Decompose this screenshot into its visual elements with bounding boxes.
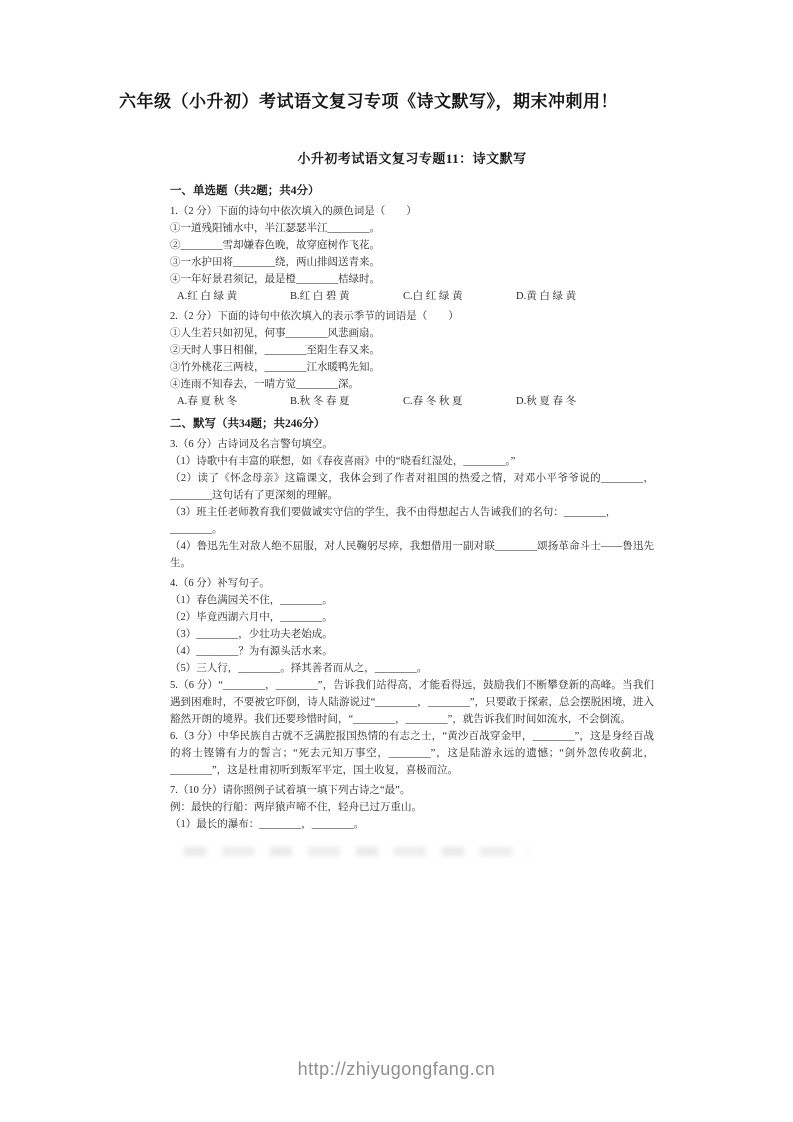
doc-line: ③一水护田将________绕，两山排闼送青来。	[170, 254, 654, 271]
scan-fade-artifact	[184, 847, 529, 856]
options-row: A.红 白 绿 黄B.红 白 碧 黄C.白 红 绿 黄D.黄 白 绿 黄	[170, 288, 654, 305]
question-stem: 2.（2 分）下面的诗句中依次填入的表示季节的词语是（ ）	[170, 308, 654, 325]
doc-line: （1）最长的瀑布：________，________。	[170, 816, 654, 833]
option-item: C.春 冬 秋 夏	[403, 393, 516, 410]
doc-line: （3）________，少壮功夫老始成。	[170, 626, 654, 643]
doc-line: ③竹外桃花三两枝，________江水暖鸭先知。	[170, 359, 654, 376]
page: 六年级（小升初）考试语文复习专项《诗文默写》，期末冲刺用！ 小升初考试语文复习专…	[0, 0, 793, 1122]
document-body: 一、单选题（共2题；共4分）1.（2 分）下面的诗句中依次填入的颜色词是（ ）①…	[170, 183, 654, 833]
doc-line: 6.（3 分）中华民族自古就不乏满腔报国热情的有志之士，“黄沙百战穿金甲，___…	[170, 728, 654, 779]
question-stem: 3.（6 分）古诗词及名言警句填空。	[170, 436, 654, 453]
options-row: A.春 夏 秋 冬B.秋 冬 春 夏C.春 冬 秋 夏D.秋 夏 春 冬	[170, 393, 654, 410]
doc-line: ④一年好景君须记，最是橙________桔绿时。	[170, 271, 654, 288]
doc-line: 例：最快的行船：两岸猿声啼不住，轻舟已过万重山。	[170, 799, 654, 816]
doc-line: ④连雨不知春去，一晴方觉________深。	[170, 376, 654, 393]
document-scan: 小升初考试语文复习专题11：诗文默写 一、单选题（共2题；共4分）1.（2 分）…	[170, 150, 654, 856]
option-item: B.秋 冬 春 夏	[290, 393, 403, 410]
doc-line: （5）三人行，________。择其善者而从之，________。	[170, 660, 654, 677]
option-item: C.白 红 绿 黄	[403, 288, 516, 305]
question-stem: 4.（6 分）补写句子。	[170, 575, 654, 592]
doc-line: （2）读了《怀念母亲》这篇课文，我体会到了作者对祖国的热爱之情，对邓小平爷爷说的…	[170, 470, 654, 504]
option-item: D.黄 白 绿 黄	[516, 288, 576, 305]
section-heading: 一、单选题（共2题；共4分）	[170, 183, 654, 200]
question-stem: 7.（10 分）请你照例子试着填一填下列古诗之“最”。	[170, 782, 654, 799]
doc-line: ①人生若只如初见，何事________风悲画扇。	[170, 325, 654, 342]
section-heading: 二、默写（共34题；共246分）	[170, 416, 654, 433]
footer-url: http://zhiyugongfang.cn	[0, 1059, 793, 1080]
option-item: B.红 白 碧 黄	[290, 288, 403, 305]
doc-line: （4）鲁迅先生对敌人绝不屈服，对人民鞠躬尽瘁，我想借用一副对联________颂…	[170, 538, 654, 572]
option-item: A.春 夏 秋 冬	[177, 393, 290, 410]
doc-line: （1）春色满园关不住，________。	[170, 592, 654, 609]
doc-line: （3）班主任老师教育我们要做诚实守信的学生，我不由得想起古人告诫我们的名句：__…	[170, 504, 654, 538]
doc-line: ②________雪却嫌春色晚，故穿庭树作飞花。	[170, 237, 654, 254]
option-item: D.秋 夏 春 冬	[516, 393, 576, 410]
option-item: A.红 白 绿 黄	[177, 288, 290, 305]
doc-line: （1）诗歌中有丰富的联想，如《春夜喜雨》中的“晓看红湿处，________。”	[170, 453, 654, 470]
doc-line: （2）毕竟西湖六月中，________。	[170, 609, 654, 626]
question-stem: 1.（2 分）下面的诗句中依次填入的颜色词是（ ）	[170, 203, 654, 220]
document-title: 小升初考试语文复习专题11：诗文默写	[170, 150, 654, 167]
page-title: 六年级（小升初）考试语文复习专项《诗文默写》，期末冲刺用！	[119, 87, 618, 112]
doc-line: ②天时人事日相催，________至阳生春又来。	[170, 342, 654, 359]
doc-line: （4）________？为有源头活水来。	[170, 643, 654, 660]
doc-line: ①一道残阳铺水中，半江瑟瑟半江________。	[170, 220, 654, 237]
doc-line: 5.（6 分）“________，________”，告诉我们站得高，才能看得远…	[170, 677, 654, 728]
